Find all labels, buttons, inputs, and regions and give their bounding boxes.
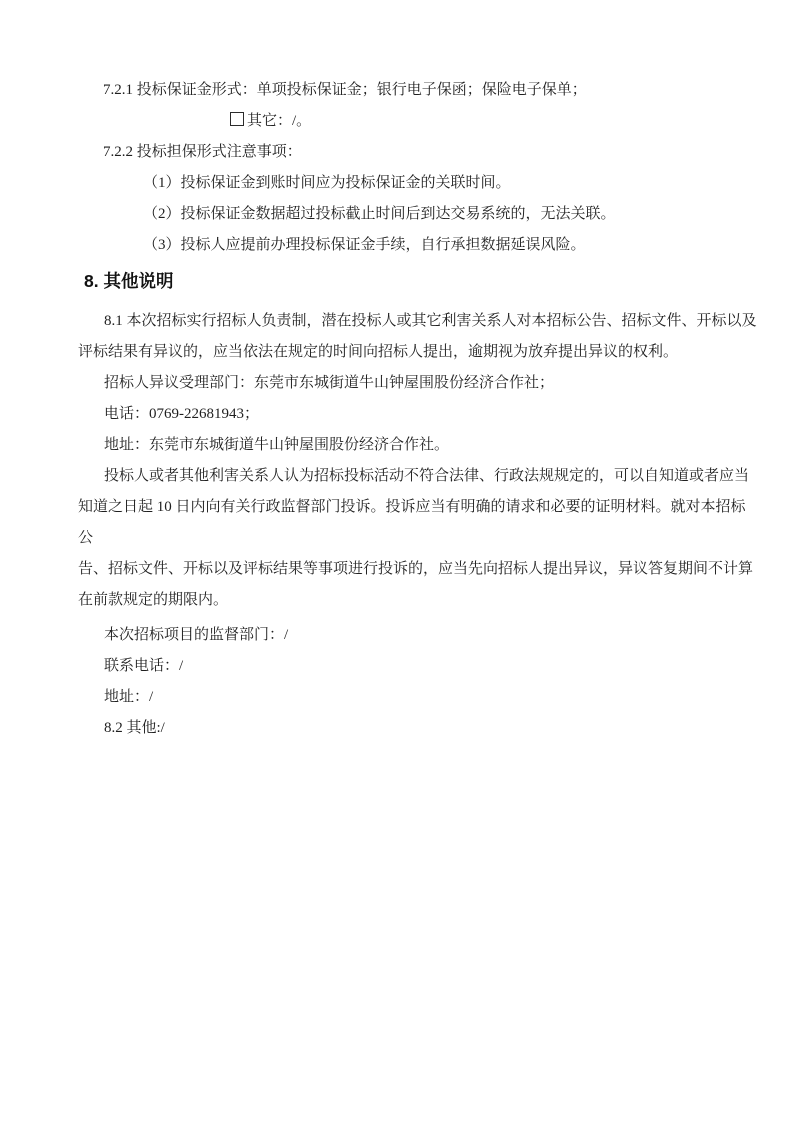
note-item-1: （1）投标保证金到账时间应为投标保证金的关联时间。 [78, 168, 758, 199]
document-page: 7.2.1 投标保证金形式：单项投标保证金；银行电子保函；保险电子保单； 其它：… [0, 0, 793, 1122]
section-8-heading: 8. 其他说明 [84, 268, 758, 294]
complaint-paragraph: 投标人或者其他利害关系人认为招标投标活动不符合法律、行政法规规定的，可以自知道或… [78, 461, 758, 616]
supervise-address-line: 地址：/ [78, 682, 758, 713]
other-option-label: 其它：/。 [247, 113, 311, 129]
other-option-line: 其它：/。 [230, 106, 758, 137]
note-item-2: （2）投标保证金数据超过投标截止时间后到达交易系统的，无法关联。 [78, 199, 758, 230]
note-item-3: （3）投标人应提前办理投标保证金手续，自行承担数据延误风险。 [78, 230, 758, 261]
clause-7-2-2: 7.2.2 投标担保形式注意事项： [78, 137, 758, 168]
contact-phone-line: 联系电话：/ [78, 651, 758, 682]
supervise-dept-line: 本次招标项目的监督部门：/ [78, 620, 758, 651]
checkbox-unchecked-icon [230, 112, 244, 126]
objection-phone-line: 电话：0769-22681943； [78, 399, 758, 430]
clause-7-2-1: 7.2.1 投标保证金形式：单项投标保证金；银行电子保函；保险电子保单； [78, 75, 758, 106]
objection-address-line: 地址：东莞市东城街道牛山钟屋围股份经济合作社。 [78, 430, 758, 461]
objection-dept-line: 招标人异议受理部门：东莞市东城街道牛山钟屋围股份经济合作社； [78, 368, 758, 399]
clause-8-1: 8.1 本次招标实行招标人负责制，潜在投标人或其它利害关系人对本招标公告、招标文… [78, 306, 758, 368]
clause-8-2: 8.2 其他:/ [78, 713, 758, 744]
